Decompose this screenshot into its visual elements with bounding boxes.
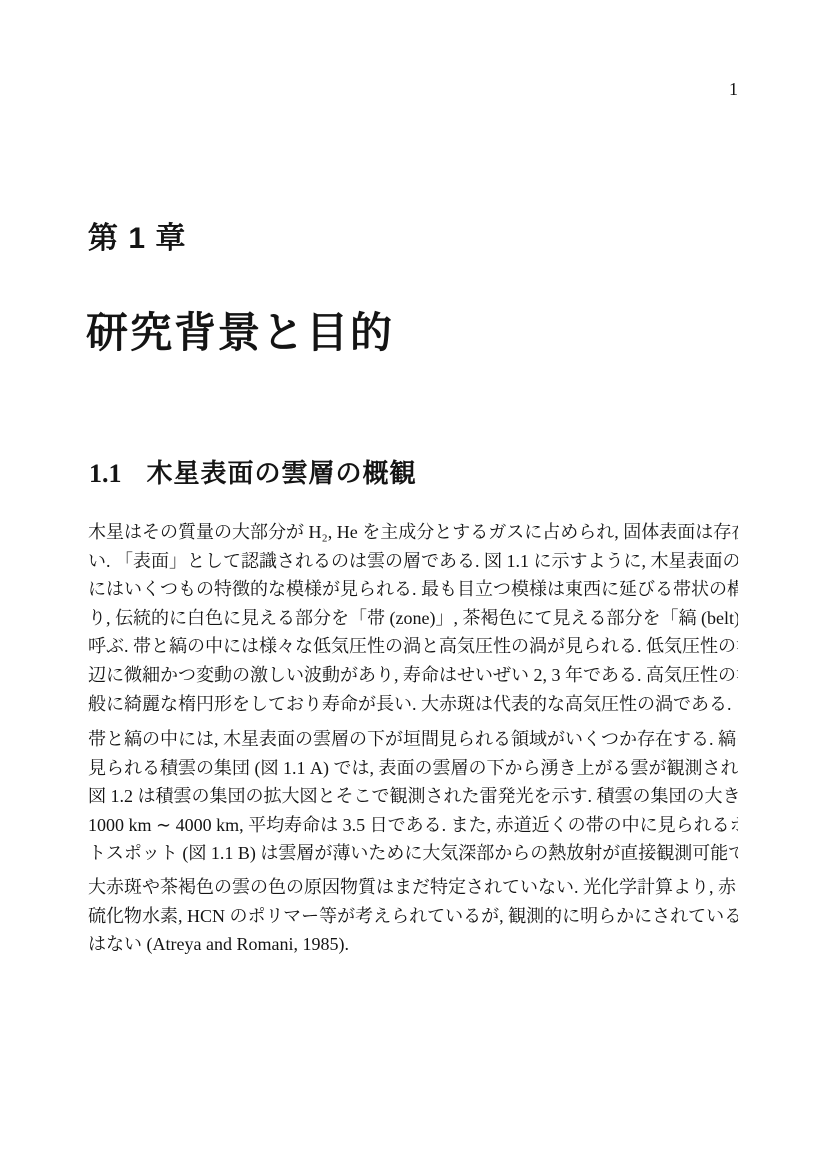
text-line: 呼ぶ. 帯と縞の中には様々な低気圧性の渦と高気圧性の渦が見られる. 低気圧性の渦… xyxy=(88,632,738,661)
text-line: 硫化物水素, HCN のポリマー等が考えられているが, 観測的に明らかにされてい… xyxy=(88,902,738,931)
text-line: 木星はその質量の大部分が H₂, He を主成分とするガスに占められ, 固体表面… xyxy=(88,518,738,547)
text-line: 見られる積雲の集団 (図 1.1 A) では, 表面の雲層の下から湧き上がる雲が… xyxy=(88,754,738,783)
text-line: り, 伝統的に白色に見える部分を「帯 (zone)」, 茶褐色にて見える部分を「… xyxy=(88,604,738,633)
text-line: にはいくつもの特徴的な模様が見られる. 最も目立つ模様は東西に延びる帯状の構造で… xyxy=(88,575,738,604)
text-line: 1000 km ∼ 4000 km, 平均寿命は 3.5 日である. また, 赤… xyxy=(88,811,738,840)
section-number: 1.1 xyxy=(89,459,122,488)
section-title: 木星表面の雲層の概観 xyxy=(147,458,417,488)
text-line: はない (Atreya and Romani, 1985). xyxy=(88,930,738,959)
text-line: 般に綺麗な楕円形をしており寿命が長い. 大赤斑は代表的な高気圧性の渦である. xyxy=(88,690,738,719)
body-paragraph-2: 帯と縞の中には, 木星表面の雲層の下が垣間見られる領域がいくつか存在する. 縞の… xyxy=(88,725,738,868)
chapter-title: 研究背景と目的 xyxy=(86,309,394,357)
text-line: トスポット (図 1.1 B) は雲層が薄いために大気深部からの熱放射が直接観測… xyxy=(88,839,738,868)
text-line: 帯と縞の中には, 木星表面の雲層の下が垣間見られる領域がいくつか存在する. 縞の… xyxy=(88,725,738,754)
text-line: 図 1.2 は積雲の集団の拡大図とそこで観測された雷発光を示す. 積雲の集団の大… xyxy=(88,782,738,811)
body-paragraph-1: 木星はその質量の大部分が H₂, He を主成分とするガスに占められ, 固体表面… xyxy=(88,518,738,718)
chapter-label: 第 1 章 xyxy=(88,224,186,254)
section-heading: 1.1木星表面の雲層の概観 xyxy=(89,459,417,489)
page-number: 1 xyxy=(729,80,738,98)
text-line: 辺に微細かつ変動の激しい波動があり, 寿命はせいぜい 2, 3 年である. 高気… xyxy=(88,661,738,690)
text-line: い. 「表面」として認識されるのは雲の層である. 図 1.1 に示すように, 木… xyxy=(88,547,738,576)
document-page: 1 第 1 章 研究背景と目的 1.1木星表面の雲層の概観 木星はその質量の大部… xyxy=(0,0,826,1169)
text-line: 大赤斑や茶褐色の雲の色の原因物質はまだ特定されていない. 光化学計算より, 赤リ… xyxy=(88,873,738,902)
body-paragraph-3: 大赤斑や茶褐色の雲の色の原因物質はまだ特定されていない. 光化学計算より, 赤リ… xyxy=(88,873,738,959)
